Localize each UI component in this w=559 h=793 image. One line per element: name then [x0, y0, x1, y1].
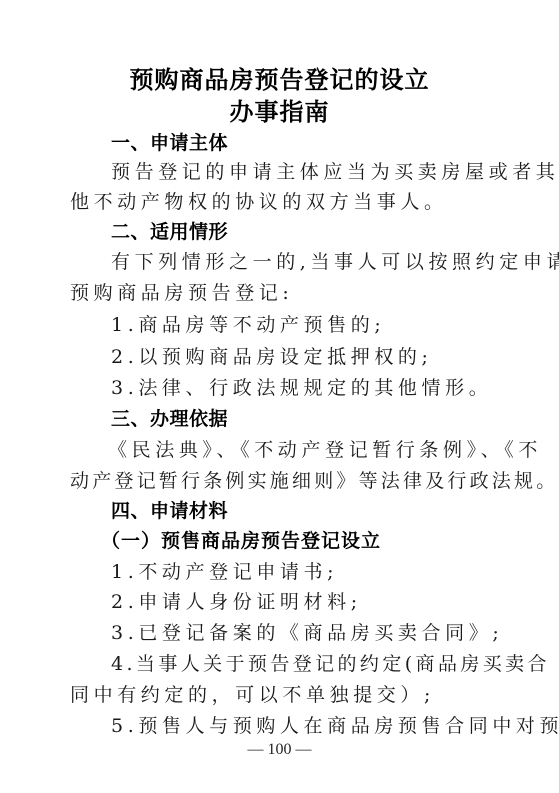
list-item: 3.已登记备案的《商品房买卖合同》;: [111, 618, 559, 645]
paragraph-line: 预购商品房预告登记:: [70, 278, 559, 305]
list-item: 1.商品房等不动产预售的;: [111, 310, 559, 337]
paragraph-line: 他不动产物权的协议的双方当事人。: [70, 187, 559, 214]
section-heading-legal-basis: 三、办理依据: [111, 404, 559, 431]
list-item: 2.申请人身份证明材料;: [111, 587, 559, 614]
list-item: 4.当事人关于预告登记的约定(商品房买卖合: [111, 649, 559, 676]
list-item: 1.不动产登记申请书;: [111, 557, 559, 584]
paragraph-line: 动产登记暂行条例实施细则》等法律及行政法规。: [70, 466, 559, 493]
page-number: — 100 —: [0, 741, 559, 759]
paragraph-line: 有下列情形之一的,当事人可以按照约定申请: [111, 247, 559, 274]
paragraph-line: 预告登记的申请主体应当为买卖房屋或者其: [111, 157, 559, 184]
document-title-line-2: 办事指南: [0, 92, 559, 127]
document-title-line-1: 预购商品房预告登记的设立: [0, 60, 559, 95]
subsection-heading: （一）预售商品房预告登记设立: [101, 526, 559, 553]
list-item: 2.以预购商品房设定抵押权的;: [111, 342, 559, 369]
list-item: 5.预售人与预购人在商品房预售合同中对预: [111, 711, 559, 738]
list-item: 3.法律、行政法规规定的其他情形。: [111, 373, 559, 400]
section-heading-materials: 四、申请材料: [111, 496, 559, 523]
section-heading-applicant: 一、申请主体: [111, 128, 559, 155]
paragraph-line: 《民法典》、《不动产登记暂行条例》、《不: [108, 435, 559, 462]
list-item-continuation: 同中有约定的，可以不单独提交）;: [70, 680, 559, 707]
section-heading-applicable-cases: 二、适用情形: [111, 217, 559, 244]
